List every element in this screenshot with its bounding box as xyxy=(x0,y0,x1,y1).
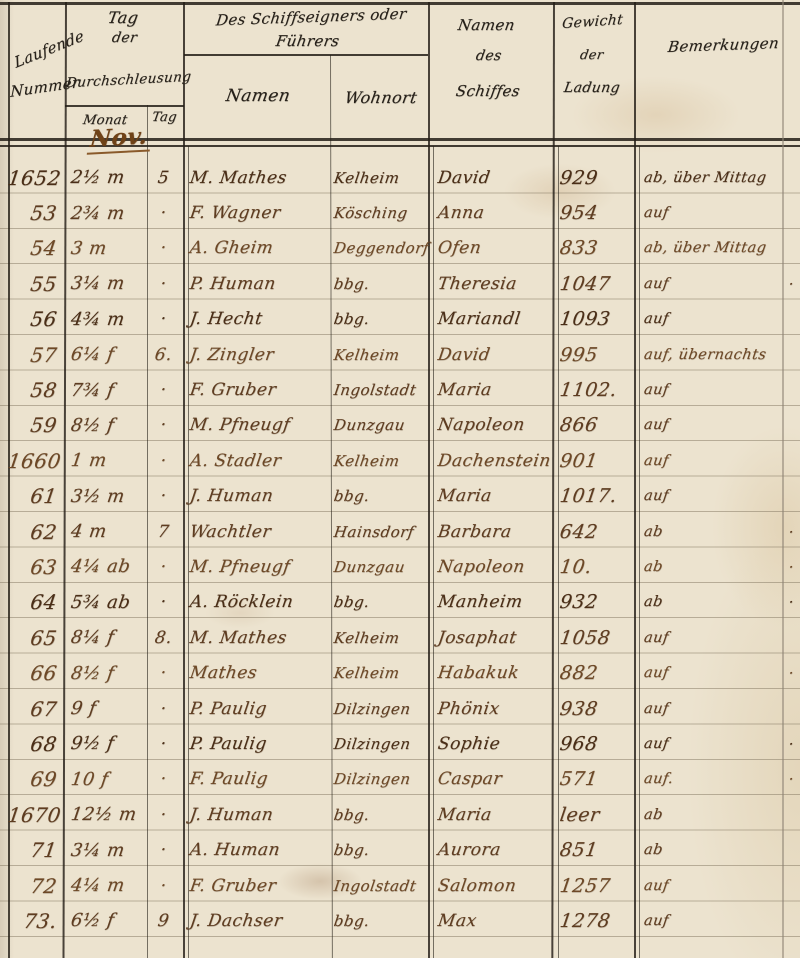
table-row: 55 3¼ m · P. Human bbg. Theresia 1047 au… xyxy=(0,266,800,301)
cell-schiffsname: Theresia xyxy=(427,274,555,294)
cell-bemerkung: auf xyxy=(633,701,751,717)
month-label: Nov. xyxy=(87,122,153,154)
cell-uhrzeit: 2½ m xyxy=(62,167,147,188)
cell-schiffer-name: J. Human xyxy=(181,486,332,506)
cell-bemerkung: auf xyxy=(633,311,751,327)
header-gewicht-3: Ladung xyxy=(563,80,622,96)
table-row: 53 2¾ m · F. Wagner Kösching Anna 954 au… xyxy=(0,195,800,230)
cell-tag: · xyxy=(144,663,184,683)
cell-schiffer-name: A. Gheim xyxy=(181,238,332,258)
cell-schiffsname: Napoleon xyxy=(427,557,555,577)
cell-uhrzeit: 1 m xyxy=(62,450,147,471)
cell-gewicht: 833 xyxy=(551,237,635,259)
cell-tag: · xyxy=(144,238,184,258)
cell-tag: · xyxy=(144,699,184,719)
cell-gewicht: 1017. xyxy=(551,485,635,507)
cell-bemerkung: auf xyxy=(633,665,751,681)
cell-bemerkung: ab xyxy=(633,524,751,540)
cell-randvermerk: · xyxy=(749,523,800,541)
cell-laufende-nummer: 1652 xyxy=(6,166,64,190)
cell-wohnort: bbg. xyxy=(329,841,430,859)
cell-bemerkung: ab xyxy=(633,842,751,858)
cell-schiffsname: Maria xyxy=(427,805,555,825)
table-row: 67 9 f · P. Paulig Dilzingen Phönix 938 … xyxy=(0,691,800,726)
cell-gewicht: 929 xyxy=(551,167,635,189)
cell-wohnort: bbg. xyxy=(329,806,430,824)
cell-uhrzeit: 9½ f xyxy=(62,733,147,754)
cell-tag: · xyxy=(144,309,184,329)
table-row: 71 3¼ m · A. Human bbg. Aurora 851 ab xyxy=(0,832,800,867)
cell-wohnort: Ingolstadt xyxy=(329,877,430,895)
cell-schiffsname: Maria xyxy=(427,486,555,506)
cell-tag: · xyxy=(144,805,184,825)
cell-uhrzeit: 4¾ m xyxy=(62,309,147,330)
cell-schiffsname: Phönix xyxy=(427,699,555,719)
cell-gewicht: 1102. xyxy=(551,379,635,401)
cell-schiffsname: David xyxy=(427,345,555,365)
cell-tag: · xyxy=(144,769,184,789)
table-row: 64 5¾ ab · A. Röcklein bbg. Manheim 932 … xyxy=(0,585,800,620)
cell-schiffsname: Manheim xyxy=(427,592,555,612)
cell-tag: · xyxy=(144,203,184,223)
table-row: 1652 2½ m 5 M. Mathes Kelheim David 929 … xyxy=(0,160,800,195)
eigner-header-underline xyxy=(184,54,428,56)
table-row: 1660 1 m · A. Stadler Kelheim Dachenstei… xyxy=(0,443,800,478)
cell-schiffer-name: F. Gruber xyxy=(181,876,332,896)
cell-tag: · xyxy=(144,380,184,400)
cell-schiffer-name: A. Stadler xyxy=(181,451,332,471)
cell-laufende-nummer: 73. xyxy=(6,909,64,933)
cell-laufende-nummer: 64 xyxy=(6,590,64,614)
cell-schiffsname: Dachenstein xyxy=(427,451,555,471)
cell-laufende-nummer: 69 xyxy=(6,767,64,791)
header-fuehrers: Führers xyxy=(275,32,341,50)
cell-laufende-nummer: 66 xyxy=(6,661,64,685)
cell-schiffer-name: P. Paulig xyxy=(181,699,332,719)
cell-schiffer-name: J. Human xyxy=(181,805,332,825)
cell-bemerkung: auf xyxy=(633,205,751,221)
table-row: 73. 6½ f 9 J. Dachser bbg. Max 1278 auf xyxy=(0,903,800,938)
cell-bemerkung: ab xyxy=(633,807,751,823)
cell-wohnort: Kelheim xyxy=(329,169,430,187)
cell-laufende-nummer: 62 xyxy=(6,520,64,544)
cell-tag: · xyxy=(144,274,184,294)
cell-laufende-nummer: 53 xyxy=(6,201,64,225)
cell-randvermerk: · xyxy=(749,558,800,576)
table-row: 59 8½ f · M. Pfneugf Dunzgau Napoleon 86… xyxy=(0,408,800,443)
cell-uhrzeit: 3¼ m xyxy=(62,840,147,861)
cell-wohnort: Kösching xyxy=(329,204,430,222)
cell-schiffsname: David xyxy=(427,168,555,188)
cell-uhrzeit: 5¾ ab xyxy=(62,592,147,613)
cell-laufende-nummer: 59 xyxy=(6,413,64,437)
cell-gewicht: 866 xyxy=(551,414,635,436)
cell-schiffsname: Barbara xyxy=(427,522,555,542)
cell-schiffsname: Caspar xyxy=(427,769,555,789)
cell-bemerkung: auf xyxy=(633,736,751,752)
cell-schiffsname: Aurora xyxy=(427,840,555,860)
header-gewicht-1: Gewicht xyxy=(561,12,623,32)
cell-gewicht: 1047 xyxy=(551,273,635,295)
cell-uhrzeit: 9 f xyxy=(62,698,147,719)
ledger-page: Laufende Nummer Tag der Durchschleusung … xyxy=(0,0,800,958)
table-row: 66 8½ f · Mathes Kelheim Habakuk 882 auf… xyxy=(0,655,800,690)
cell-wohnort: Kelheim xyxy=(329,629,430,647)
cell-bemerkung: auf xyxy=(633,630,751,646)
cell-schiffsname: Sophie xyxy=(427,734,555,754)
header-tag-word: Tag xyxy=(106,8,139,27)
header-durchschleusung: Durchschleusung xyxy=(65,69,192,92)
table-row: 56 4¾ m · J. Hecht bbg. Mariandl 1093 au… xyxy=(0,302,800,337)
cell-schiffer-name: J. Zingler xyxy=(181,345,332,365)
table-row: 62 4 m 7 Wachtler Hainsdorf Barbara 642 … xyxy=(0,514,800,549)
cell-uhrzeit: 6¼ f xyxy=(62,344,147,365)
cell-wohnort: bbg. xyxy=(329,912,430,930)
cell-gewicht: 1278 xyxy=(551,910,635,932)
cell-uhrzeit: 8½ f xyxy=(62,415,147,436)
cell-schiffer-name: P. Human xyxy=(181,274,332,294)
cell-schiffsname: Ofen xyxy=(427,238,555,258)
rows: 1652 2½ m 5 M. Mathes Kelheim David 929 … xyxy=(0,160,800,939)
header-bemerkungen: Bemerkungen xyxy=(667,34,780,56)
cell-schiffsname: Max xyxy=(427,911,555,931)
cell-bemerkung: auf xyxy=(633,488,751,504)
cell-tag: · xyxy=(144,486,184,506)
cell-laufende-nummer: 57 xyxy=(6,343,64,367)
table-row: 68 9½ f · P. Paulig Dilzingen Sophie 968… xyxy=(0,726,800,761)
cell-wohnort: Dilzingen xyxy=(329,735,430,753)
header-schiffseigner: Des Schiffseigners oder xyxy=(215,5,408,30)
cell-uhrzeit: 3 m xyxy=(62,238,147,259)
cell-uhrzeit: 3½ m xyxy=(62,486,147,507)
cell-schiffsname: Salomon xyxy=(427,876,555,896)
cell-gewicht: 10. xyxy=(551,556,635,578)
cell-uhrzeit: 3¼ m xyxy=(62,273,147,294)
cell-wohnort: Kelheim xyxy=(329,664,430,682)
cell-bemerkung: auf xyxy=(633,276,751,292)
cell-uhrzeit: 4 m xyxy=(62,521,147,542)
cell-wohnort: bbg. xyxy=(329,487,430,505)
cell-uhrzeit: 8½ f xyxy=(62,663,147,684)
cell-uhrzeit: 10 f xyxy=(62,769,147,790)
cell-laufende-nummer: 67 xyxy=(6,697,64,721)
header-laufende: Laufende xyxy=(13,26,86,72)
cell-laufende-nummer: 65 xyxy=(6,626,64,650)
cell-schiffer-name: A. Röcklein xyxy=(181,592,332,612)
cell-wohnort: Hainsdorf xyxy=(329,523,430,541)
cell-gewicht: 932 xyxy=(551,591,635,613)
cell-laufende-nummer: 58 xyxy=(6,378,64,402)
header-schiff-2: des xyxy=(475,48,503,64)
cell-wohnort: Ingolstadt xyxy=(329,381,430,399)
cell-gewicht: 995 xyxy=(551,344,635,366)
cell-tag: · xyxy=(144,734,184,754)
cell-laufende-nummer: 56 xyxy=(6,307,64,331)
cell-gewicht: 642 xyxy=(551,521,635,543)
cell-wohnort: Kelheim xyxy=(329,452,430,470)
cell-tag: · xyxy=(144,840,184,860)
cell-gewicht: 968 xyxy=(551,733,635,755)
cell-bemerkung: ab xyxy=(633,594,751,610)
cell-wohnort: Deggendorf xyxy=(329,239,430,257)
cell-schiffer-name: M. Pfneugf xyxy=(181,415,332,435)
cell-gewicht: 1058 xyxy=(551,627,635,649)
cell-uhrzeit: 12½ m xyxy=(62,804,147,825)
cell-laufende-nummer: 61 xyxy=(6,484,64,508)
header-schiff-3: Schiffes xyxy=(455,82,522,100)
cell-wohnort: Dilzingen xyxy=(329,770,430,788)
cell-laufende-nummer: 71 xyxy=(6,838,64,862)
cell-schiffsname: Maria xyxy=(427,380,555,400)
header-sub-wohnort: Wohnort xyxy=(343,88,418,107)
cell-tag: · xyxy=(144,876,184,896)
cell-schiffsname: Habakuk xyxy=(427,663,555,683)
table-row: 65 8¼ f 8. M. Mathes Kelheim Josaphat 10… xyxy=(0,620,800,655)
table-row: 63 4¼ ab · M. Pfneugf Dunzgau Napoleon 1… xyxy=(0,549,800,584)
cell-laufende-nummer: 1660 xyxy=(6,449,64,473)
cell-schiffer-name: J. Dachser xyxy=(181,911,332,931)
cell-schiffer-name: M. Mathes xyxy=(181,168,332,188)
cell-schiffer-name: F. Gruber xyxy=(181,380,332,400)
cell-bemerkung: auf xyxy=(633,382,751,398)
cell-bemerkung: auf xyxy=(633,913,751,929)
cell-wohnort: Dilzingen xyxy=(329,700,430,718)
cell-bemerkung: ab, über Mittag xyxy=(633,240,751,256)
table-row: 58 7¾ f · F. Gruber Ingolstadt Maria 110… xyxy=(0,372,800,407)
cell-wohnort: Dunzgau xyxy=(329,558,430,576)
cell-laufende-nummer: 68 xyxy=(6,732,64,756)
cell-wohnort: Kelheim xyxy=(329,346,430,364)
cell-randvermerk: · xyxy=(749,275,800,293)
header-sub-tag: Tag xyxy=(151,110,178,125)
cell-wohnort: bbg. xyxy=(329,310,430,328)
cell-schiffer-name: A. Human xyxy=(181,840,332,860)
cell-gewicht: 1093 xyxy=(551,308,635,330)
cell-gewicht: 851 xyxy=(551,839,635,861)
cell-uhrzeit: 7¾ f xyxy=(62,380,147,401)
table-row: 69 10 f · F. Paulig Dilzingen Caspar 571… xyxy=(0,762,800,797)
cell-uhrzeit: 4¼ m xyxy=(62,875,147,896)
cell-tag: · xyxy=(144,415,184,435)
cell-schiffsname: Anna xyxy=(427,203,555,223)
cell-tag: 7 xyxy=(144,522,184,542)
header-der-word: der xyxy=(111,30,139,46)
cell-gewicht: leer xyxy=(551,804,635,826)
cell-wohnort: Dunzgau xyxy=(329,416,430,434)
cell-bemerkung: auf. xyxy=(633,771,751,787)
table-row: 54 3 m · A. Gheim Deggendorf Ofen 833 ab… xyxy=(0,231,800,266)
cell-gewicht: 938 xyxy=(551,698,635,720)
cell-tag: 9 xyxy=(144,911,184,931)
cell-laufende-nummer: 63 xyxy=(6,555,64,579)
cell-bemerkung: auf xyxy=(633,417,751,433)
cell-uhrzeit: 4¼ ab xyxy=(62,556,147,577)
cell-tag: · xyxy=(144,557,184,577)
cell-uhrzeit: 2¾ m xyxy=(62,203,147,224)
cell-schiffer-name: F. Paulig xyxy=(181,769,332,789)
cell-laufende-nummer: 1670 xyxy=(6,803,64,827)
table-row: 1670 12½ m · J. Human bbg. Maria leer ab xyxy=(0,797,800,832)
cell-tag: · xyxy=(144,592,184,612)
cell-gewicht: 1257 xyxy=(551,875,635,897)
cell-schiffer-name: Wachtler xyxy=(181,522,332,542)
cell-schiffsname: Mariandl xyxy=(427,309,555,329)
cell-laufende-nummer: 55 xyxy=(6,272,64,296)
cell-uhrzeit: 8¼ f xyxy=(62,627,147,648)
cell-schiffer-name: Mathes xyxy=(181,663,332,683)
cell-bemerkung: auf xyxy=(633,453,751,469)
cell-schiffer-name: P. Paulig xyxy=(181,734,332,754)
cell-bemerkung: auf, übernachts xyxy=(633,347,751,363)
cell-bemerkung: ab xyxy=(633,559,751,575)
table-row: 57 6¼ f 6. J. Zingler Kelheim David 995 … xyxy=(0,337,800,372)
cell-bemerkung: auf xyxy=(633,878,751,894)
cell-schiffer-name: M. Pfneugf xyxy=(181,557,332,577)
cell-wohnort: bbg. xyxy=(329,275,430,293)
cell-gewicht: 571 xyxy=(551,768,635,790)
cell-uhrzeit: 6½ f xyxy=(62,910,147,931)
header-gewicht-2: der xyxy=(579,48,605,63)
header-sub-namen: Namen xyxy=(224,86,291,106)
cell-randvermerk: · xyxy=(749,664,800,682)
cell-schiffsname: Napoleon xyxy=(427,415,555,435)
table-row: 72 4¼ m · F. Gruber Ingolstadt Salomon 1… xyxy=(0,868,800,903)
cell-schiffer-name: F. Wagner xyxy=(181,203,332,223)
cell-tag: · xyxy=(144,451,184,471)
cell-bemerkung: ab, über Mittag xyxy=(633,170,751,186)
cell-wohnort: bbg. xyxy=(329,593,430,611)
cell-randvermerk: · xyxy=(749,770,800,788)
cell-tag: 5 xyxy=(144,168,184,188)
cell-gewicht: 901 xyxy=(551,450,635,472)
durchschleusung-underline xyxy=(65,105,184,107)
cell-schiffer-name: J. Hecht xyxy=(181,309,332,329)
header-schiff-1: Namen xyxy=(457,16,517,34)
cell-randvermerk: · xyxy=(749,735,800,753)
cell-randvermerk: · xyxy=(749,593,800,611)
cell-tag: 6. xyxy=(144,345,184,365)
cell-schiffer-name: M. Mathes xyxy=(181,628,332,648)
cell-laufende-nummer: 72 xyxy=(6,874,64,898)
table-row: 61 3½ m · J. Human bbg. Maria 1017. auf xyxy=(0,479,800,514)
cell-schiffsname: Josaphat xyxy=(427,628,555,648)
cell-tag: 8. xyxy=(144,628,184,648)
cell-gewicht: 882 xyxy=(551,662,635,684)
cell-laufende-nummer: 54 xyxy=(6,236,64,260)
cell-gewicht: 954 xyxy=(551,202,635,224)
